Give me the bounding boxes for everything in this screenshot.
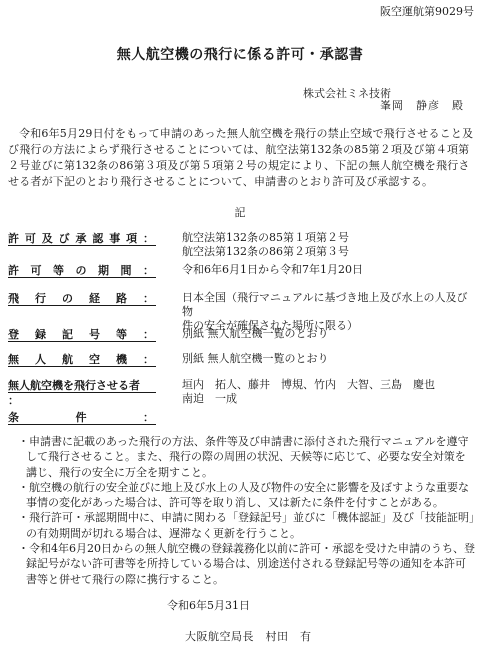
document-number: 阪空運航第9029号 bbox=[380, 3, 474, 19]
conditions-list: ・申請書に記載のあった飛行の方法、条件等及び申請書に添付された飛行マニュアルを遵… bbox=[18, 434, 476, 587]
condition-item: ・航空機の航行の安全並びに地上及び水上の人及び物件の安全に影響を及ぼすような重要… bbox=[18, 480, 476, 511]
field-label: 登録記号等： bbox=[8, 327, 156, 342]
condition-item: ・申請書に記載のあった飛行の方法、条件等及び申請書に添付された飛行マニュアルを遵… bbox=[18, 434, 476, 480]
field-value: 別紙 無人航空機一覧のとおり bbox=[182, 327, 329, 342]
field-label: 条件： bbox=[8, 410, 156, 425]
field-value: 航空法第132条の85第１項第２号 航空法第132条の86第２項第３号 bbox=[182, 231, 349, 259]
field-label: 飛行の経路： bbox=[8, 291, 156, 306]
field-label: 許可等の期間： bbox=[8, 263, 156, 278]
field-approval-items: 許可及び承認事項： 航空法第132条の85第１項第２号 航空法第132条の86第… bbox=[8, 231, 476, 259]
field-label: 無人航空機： bbox=[8, 352, 156, 367]
field-label: 許可及び承認事項： bbox=[8, 231, 156, 246]
field-registration: 登録記号等： 別紙 無人航空機一覧のとおり bbox=[8, 327, 476, 342]
signature: 大阪航空局長 村田 有 bbox=[185, 628, 312, 644]
field-period: 許可等の期間： 令和6年6月1日から令和7年1月20日 bbox=[8, 263, 476, 278]
document-title: 無人航空機の飛行に係る許可・承認書 bbox=[0, 44, 480, 64]
field-value: 垣内 拓人、藤井 博規、竹内 大智、三島 慶也 南迫 一成 bbox=[182, 378, 435, 406]
field-value: 別紙 無人航空機一覧のとおり bbox=[182, 352, 329, 367]
field-conditions: 条件： bbox=[8, 410, 476, 425]
field-value: 令和6年6月1日から令和7年1月20日 bbox=[182, 263, 363, 278]
ki-marker: 記 bbox=[0, 204, 480, 220]
field-label: 無人航空機を飛行させる者 ： bbox=[8, 378, 156, 393]
issue-date: 令和6年5月31日 bbox=[167, 597, 250, 613]
field-operators: 無人航空機を飛行させる者 ： 垣内 拓人、藤井 博規、竹内 大智、三島 慶也 南… bbox=[8, 378, 476, 406]
field-aircraft: 無人航空機： 別紙 無人航空機一覧のとおり bbox=[8, 352, 476, 367]
recipient-company: 株式会社ミネ技術 bbox=[303, 85, 391, 101]
condition-item: ・令和4年6月20日からの無人航空機の登録義務化以前に許可・承認を受けた申請のう… bbox=[18, 541, 476, 587]
condition-item: ・飛行許可・承認期間中に、申請に関わる「登録記号」並びに「機体認証」及び「技能証… bbox=[18, 510, 476, 541]
body-paragraph: 令和6年5月29日付をもって申請のあった無人航空機を飛行の禁止空域で飛行させるこ… bbox=[8, 126, 474, 190]
recipient-person: 峯岡 静彦 殿 bbox=[380, 97, 464, 113]
